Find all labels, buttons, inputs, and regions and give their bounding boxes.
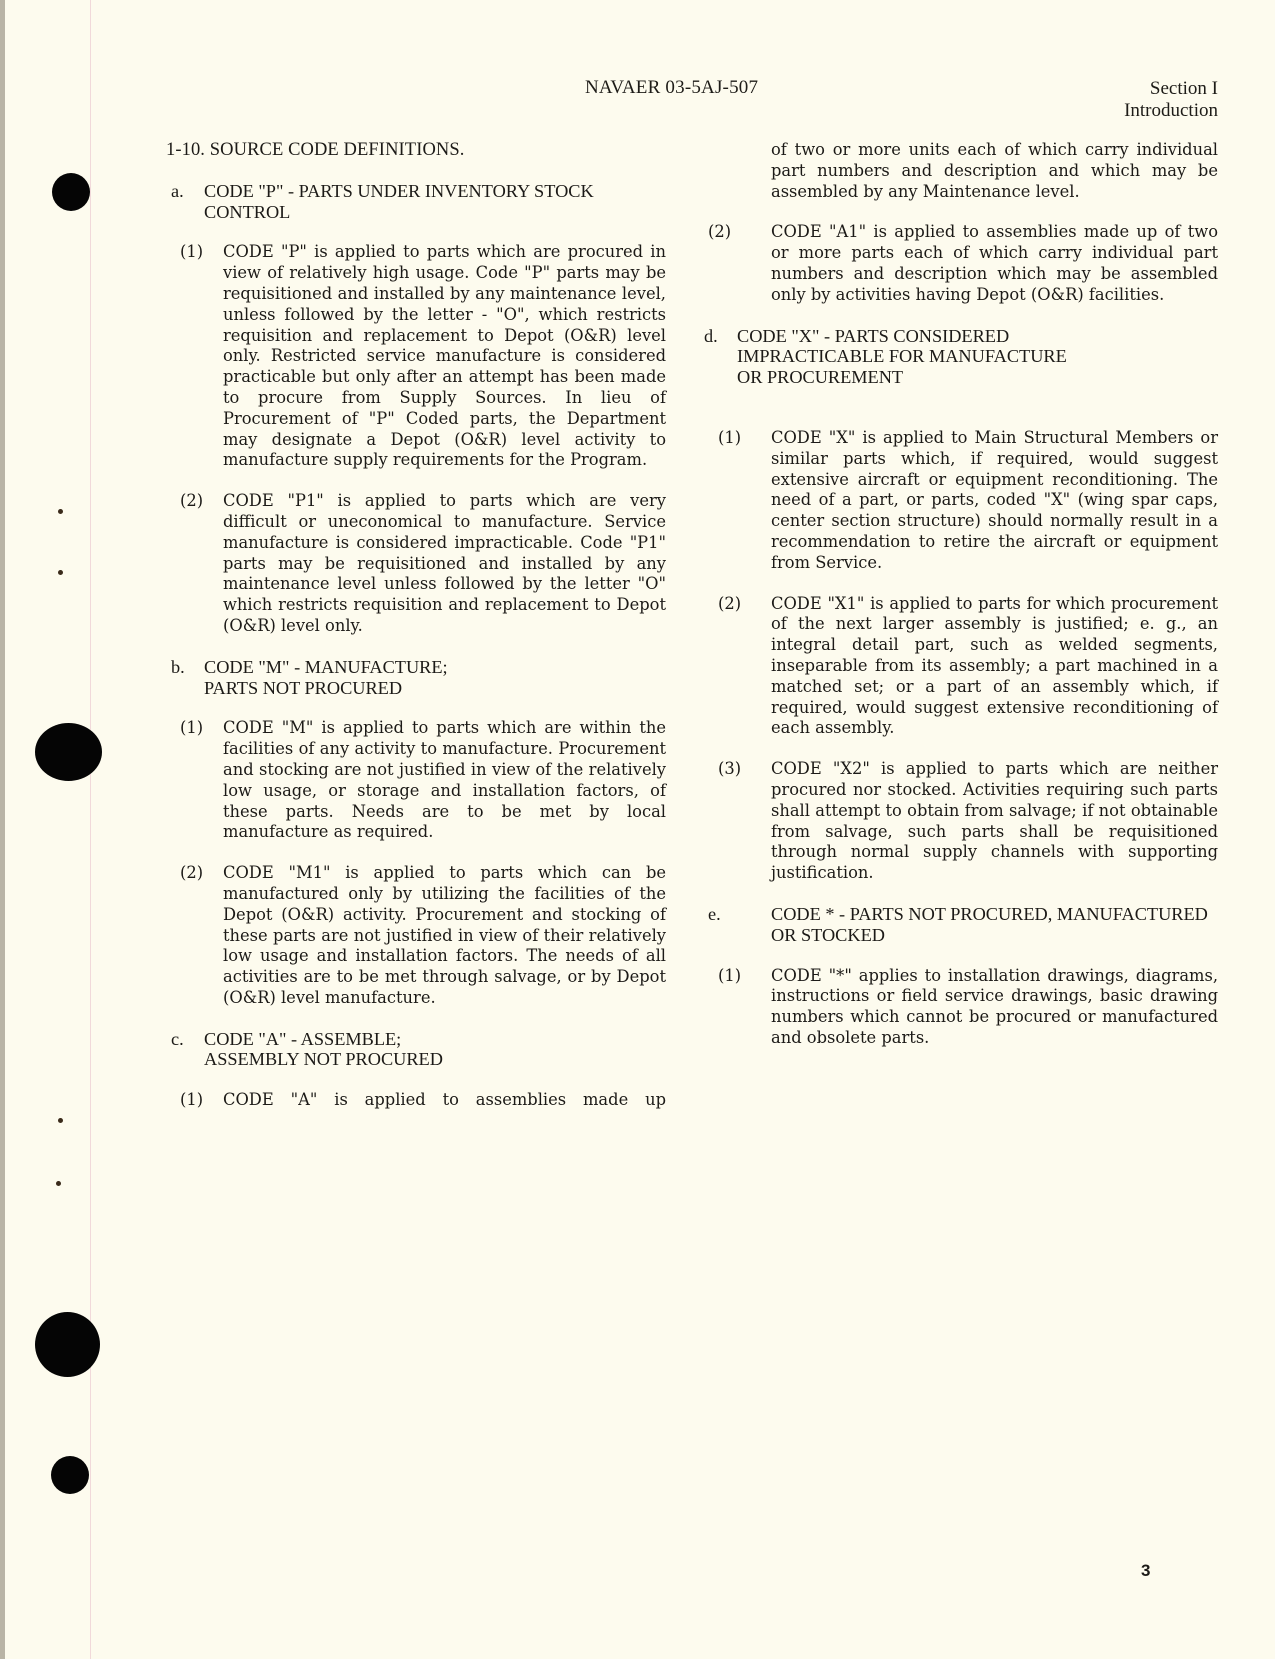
paragraph-text: CODE "M" is applied to parts which are w… bbox=[223, 718, 666, 843]
paragraph-number: (1) bbox=[166, 718, 223, 843]
paragraph-a1: (1) CODE "P" is applied to parts which a… bbox=[166, 242, 666, 471]
paper-speck bbox=[56, 1181, 61, 1186]
paragraph-c2: (2) CODE "A1" is applied to assemblies m… bbox=[708, 222, 1218, 305]
paragraph-a2: (2) CODE "P1" is applied to parts which … bbox=[166, 491, 666, 637]
binder-hole bbox=[35, 1312, 100, 1377]
subsection-label: e. bbox=[708, 904, 771, 946]
paragraph-number: (2) bbox=[166, 491, 223, 637]
paragraph-text: CODE "X" is applied to Main Structural M… bbox=[771, 428, 1218, 574]
paragraph-text: CODE "X1" is applied to parts for which … bbox=[771, 594, 1218, 740]
subsection-heading-b: b. CODE "M" - MANUFACTURE; PARTS NOT PRO… bbox=[166, 657, 666, 699]
paragraph-d3: (3) CODE "X2" is applied to parts which … bbox=[708, 759, 1218, 884]
section-title: Introduction bbox=[1124, 100, 1218, 122]
subsection-title: CODE "P" - PARTS UNDER INVENTORY STOCK C… bbox=[204, 181, 666, 223]
subsection-heading-e: e. CODE * - PARTS NOT PROCURED, MANUFACT… bbox=[708, 904, 1218, 946]
section-label: Section I bbox=[1124, 78, 1218, 100]
paragraph-b2: (2) CODE "M1" is applied to parts which … bbox=[166, 863, 666, 1009]
paragraph-number: (2) bbox=[166, 863, 223, 1009]
paragraph-number: (1) bbox=[708, 428, 771, 574]
paragraph-c1-start: (1) CODE "A" is applied to assemblies ma… bbox=[166, 1090, 666, 1111]
paragraph-text: CODE "P1" is applied to parts which are … bbox=[223, 491, 666, 637]
subsection-label: a. bbox=[166, 181, 204, 223]
subsection-title: CODE "M" - MANUFACTURE; PARTS NOT PROCUR… bbox=[204, 657, 666, 699]
paragraph-text: CODE "M1" is applied to parts which can … bbox=[223, 863, 666, 1009]
right-column: of two or more units each of which carry… bbox=[771, 140, 1218, 1049]
paragraph-text: CODE "A1" is applied to assemblies made … bbox=[771, 222, 1218, 305]
page-number: 3 bbox=[1141, 1561, 1150, 1581]
paper-speck bbox=[58, 509, 63, 514]
subsection-heading-d: d. CODE "X" - PARTS CONSIDERED IMPRACTIC… bbox=[699, 326, 1218, 388]
paragraph-text: CODE "X2" is applied to parts which are … bbox=[771, 759, 1218, 884]
subsection-title: CODE * - PARTS NOT PROCURED, MANUFACTURE… bbox=[771, 904, 1218, 946]
paragraph-number: (1) bbox=[166, 242, 223, 471]
binder-hole bbox=[51, 1456, 89, 1494]
subsection-heading-a: a. CODE "P" - PARTS UNDER INVENTORY STOC… bbox=[166, 181, 666, 223]
paragraph-text: CODE "P" is applied to parts which are p… bbox=[223, 242, 666, 471]
binder-hole bbox=[35, 723, 102, 781]
paragraph-number: (3) bbox=[708, 759, 771, 884]
paragraph-d1: (1) CODE "X" is applied to Main Structur… bbox=[708, 428, 1218, 574]
subsection-heading-c: c. CODE "A" - ASSEMBLE; ASSEMBLY NOT PRO… bbox=[166, 1029, 666, 1071]
subsection-label: b. bbox=[166, 657, 204, 699]
paragraph-b1: (1) CODE "M" is applied to parts which a… bbox=[166, 718, 666, 843]
paper-speck bbox=[58, 1118, 63, 1123]
paper-speck bbox=[58, 570, 63, 575]
paragraph-e1: (1) CODE "*" applies to installation dra… bbox=[708, 966, 1218, 1049]
section-header: Section I Introduction bbox=[1124, 78, 1218, 122]
paragraph-number: (2) bbox=[708, 594, 771, 740]
subsection-label: c. bbox=[166, 1029, 204, 1071]
subsection-label: d. bbox=[699, 326, 737, 388]
paragraph-number: (1) bbox=[708, 966, 771, 1049]
subsection-title: CODE "A" - ASSEMBLE; ASSEMBLY NOT PROCUR… bbox=[204, 1029, 666, 1071]
paragraph-number: (1) bbox=[166, 1090, 223, 1111]
document-number: NAVAER 03-5AJ-507 bbox=[585, 77, 758, 99]
paragraph-text: CODE "*" applies to installation drawing… bbox=[771, 966, 1218, 1049]
binder-hole bbox=[52, 173, 90, 211]
paragraph-d2: (2) CODE "X1" is applied to parts for wh… bbox=[708, 594, 1218, 740]
paragraph-text: CODE "A" is applied to assemblies made u… bbox=[223, 1090, 666, 1111]
page-title: 1-10. SOURCE CODE DEFINITIONS. bbox=[166, 140, 666, 161]
left-column: 1-10. SOURCE CODE DEFINITIONS. a. CODE "… bbox=[166, 140, 666, 1111]
paragraph-number: (2) bbox=[708, 222, 771, 305]
margin-line bbox=[90, 0, 91, 1659]
page-edge-shadow bbox=[0, 0, 5, 1659]
paragraph-c1-continued: of two or more units each of which carry… bbox=[771, 140, 1218, 202]
subsection-title: CODE "X" - PARTS CONSIDERED IMPRACTICABL… bbox=[737, 326, 1218, 388]
